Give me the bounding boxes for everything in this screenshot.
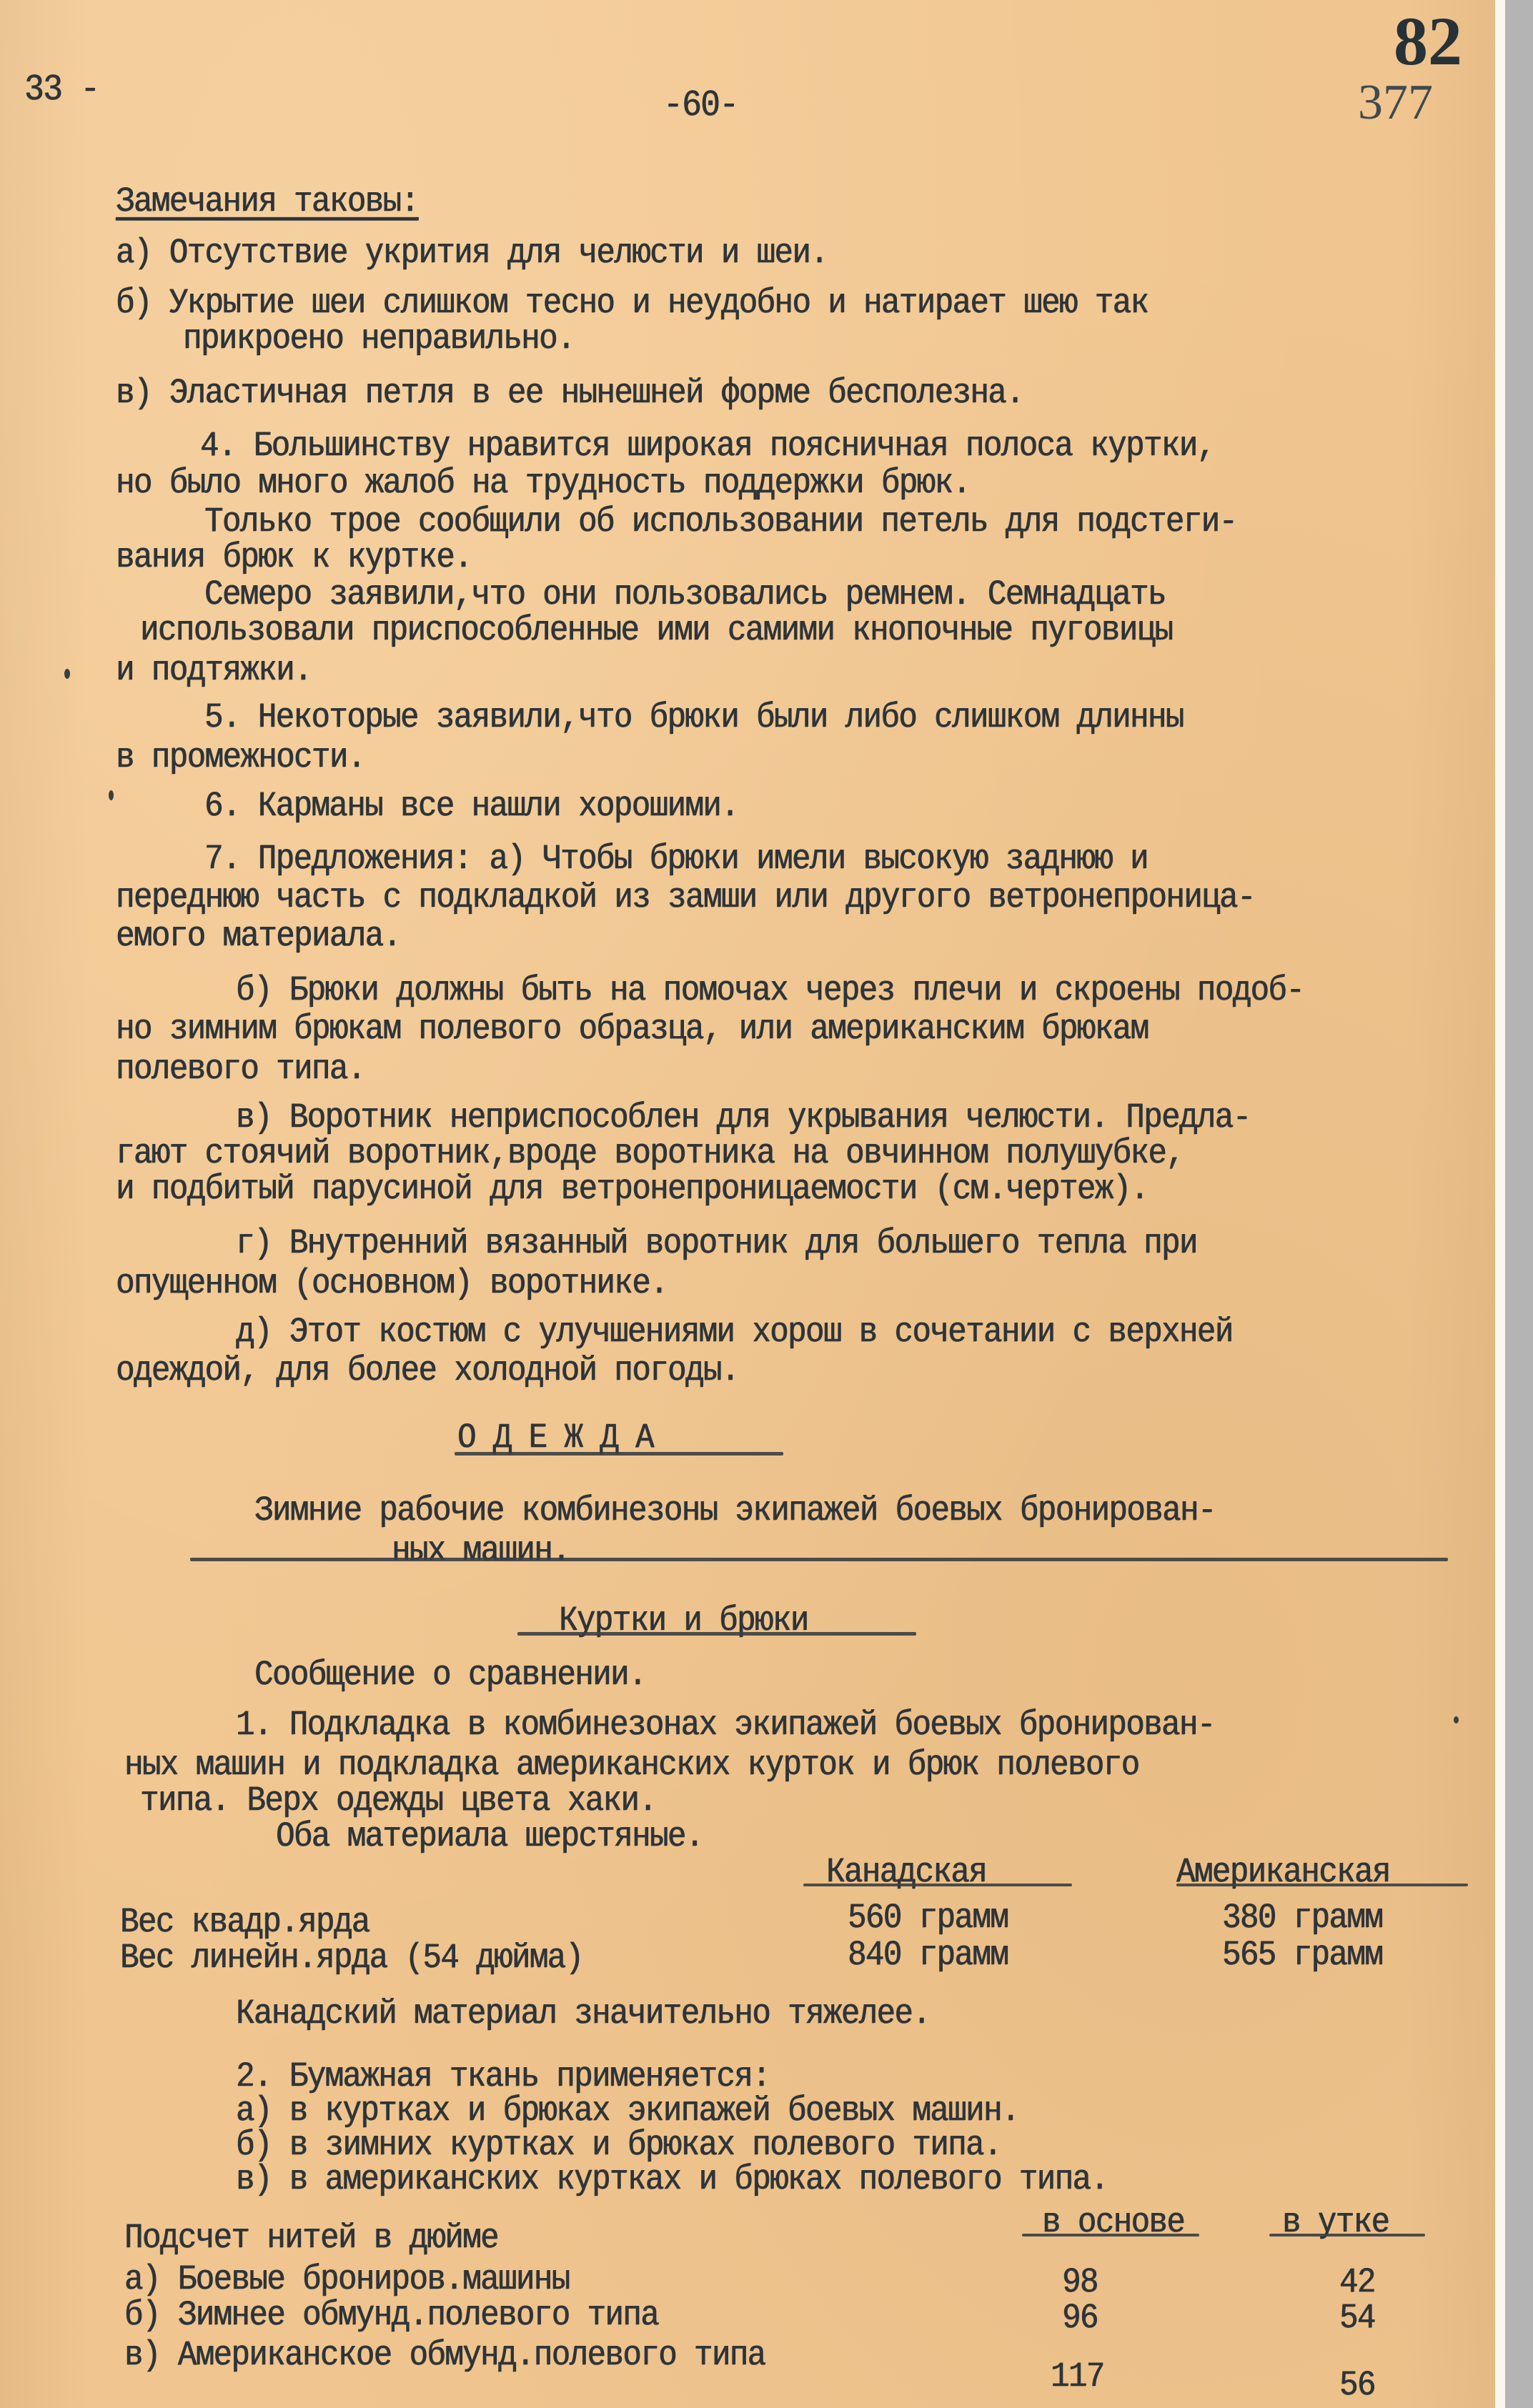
table-cell: 117 [1051,2359,1104,2394]
remark-item: в) Эластичная петля в ее нынешней форме … [116,376,1023,411]
section-title: О Д Е Ж Д А [457,1421,653,1456]
column-header-underline [1022,2234,1199,2237]
table-cell: 98 [1062,2265,1098,2300]
paragraph-line: 1. Подкладка в комбинезонах экипажей бое… [236,1708,1215,1743]
page-number: -60- [663,87,738,124]
archive-number-stamped: 377 [1358,74,1433,131]
column-header-underline [1269,2234,1425,2237]
remark-item: б) Укрытие шеи слишком тесно и неудобно … [116,286,1148,321]
table-row-label: б) Зимнее обмунд.полевого типа [124,2298,658,2333]
paragraph-line: но было много жалоб на трудность поддерж… [116,466,970,501]
table-row-label: а) Боевые брониров.машины [124,2262,570,2297]
table-cell: 565 грамм [1222,1938,1382,1973]
paragraph-line: вания брюк к куртке. [116,540,472,575]
section-subtitle: Зимние рабочие комбинезоны экипажей боев… [254,1493,1216,1528]
paragraph-line: полевого типа. [116,1052,365,1087]
paragraph-line: опущенном (основном) воротнике. [116,1266,668,1301]
table-cell: 840 грамм [848,1938,1008,1973]
paragraph-line: 7. Предложения: а) Чтобы брюки имели выс… [204,842,1148,877]
paragraph-line: ных машин и подкладка американских курто… [124,1748,1139,1783]
table-cell: 96 [1062,2301,1098,2336]
paragraph-line: 5. Некоторые заявили,что брюки были либо… [204,700,1184,735]
cotton-item: а) в куртках и брюках экипажей боевых ма… [236,2094,1019,2129]
paper-speck [109,790,114,800]
table-row-label: в) Американское обмунд.полевого типа [124,2338,765,2373]
table-cell: 380 грамм [1222,1901,1382,1936]
paragraph-line: б) Брюки должны быть на помочах через пл… [236,973,1304,1008]
paragraph-line: емого материала. [116,919,400,954]
paper-speck [64,669,70,679]
paragraph-line: и подбитый парусиной для ветронепроницае… [116,1172,1148,1207]
remarks-heading: Замечания таковы: [116,184,418,219]
section-title-underline [455,1452,783,1456]
table-cell: 54 [1339,2301,1375,2336]
table-row-label: Вес квадр.ярда [120,1905,369,1940]
paragraph-line: переднюю часть с подкладкой из замши или… [116,880,1255,915]
archive-number-handwritten: 82 [1394,1,1462,81]
paragraph-line: гают стоячий воротник,вроде воротника на… [116,1136,1184,1171]
paragraph-line: в) Воротник неприспособлен для укрывания… [236,1100,1251,1135]
table-cell: 560 грамм [848,1901,1008,1936]
column-header-underline [1176,1884,1468,1886]
paragraph-line: но зимним брюкам полевого образца, или а… [116,1012,1148,1047]
paragraph-line: и подтяжки. [116,653,312,688]
paragraph-line: д) Этот костюм с улучшениями хорош в соч… [236,1315,1233,1350]
cotton-heading: 2. Бумажная ткань применяется: [236,2059,770,2094]
document-page: 33 - -60- 82 377 Замечания таковы: а) От… [0,0,1505,2408]
left-margin-number: 33 - [24,71,99,109]
paragraph-line: 4. Большинству нравится широкая поясничн… [200,429,1215,464]
table-cell: 56 [1339,2368,1375,2403]
column-header-underline [803,1884,1072,1886]
cotton-item: в) в американских куртках и брюках полев… [236,2162,1108,2197]
paragraph-line: использовали приспособленные ими самими … [140,613,1172,648]
report-heading: Сообщение о сравнении. [254,1658,646,1693]
section-subtitle: ных машин. [392,1533,570,1568]
section-subtitle-underline [190,1558,1448,1561]
paragraph-line: Оба материала шерстяные. [276,1819,703,1854]
weight-conclusion: Канадский материал значительно тяжелее. [236,1996,930,2031]
thread-table-title: Подсчет нитей в дюйме [124,2221,498,2256]
paper-speck [1454,1716,1459,1723]
paragraph-line: Только трое сообщили об использовании пе… [204,504,1236,539]
remark-item: прикроено неправильно. [183,322,575,357]
cotton-item: б) в зимних куртках и брюках полевого ти… [236,2128,1001,2163]
table-cell: 42 [1339,2265,1375,2300]
remark-item: а) Отсутствие укрития для челюсти и шеи. [116,236,828,271]
paragraph-line: одеждой, для более холодной погоды. [116,1353,739,1388]
paragraph-line: г) Внутренний вязанный воротник для боль… [236,1226,1197,1261]
subsection-underline [517,1632,916,1636]
table-row-label: Вес линейн.ярда (54 дюйма) [120,1941,583,1976]
paragraph-line: 6. Карманы все нашли хорошими. [204,789,738,824]
paragraph-line: Семеро заявили,что они пользовались ремн… [204,577,1166,612]
paragraph-line: типа. Верх одежды цвета хаки. [140,1783,656,1819]
paragraph-line: в промежности. [116,740,365,775]
